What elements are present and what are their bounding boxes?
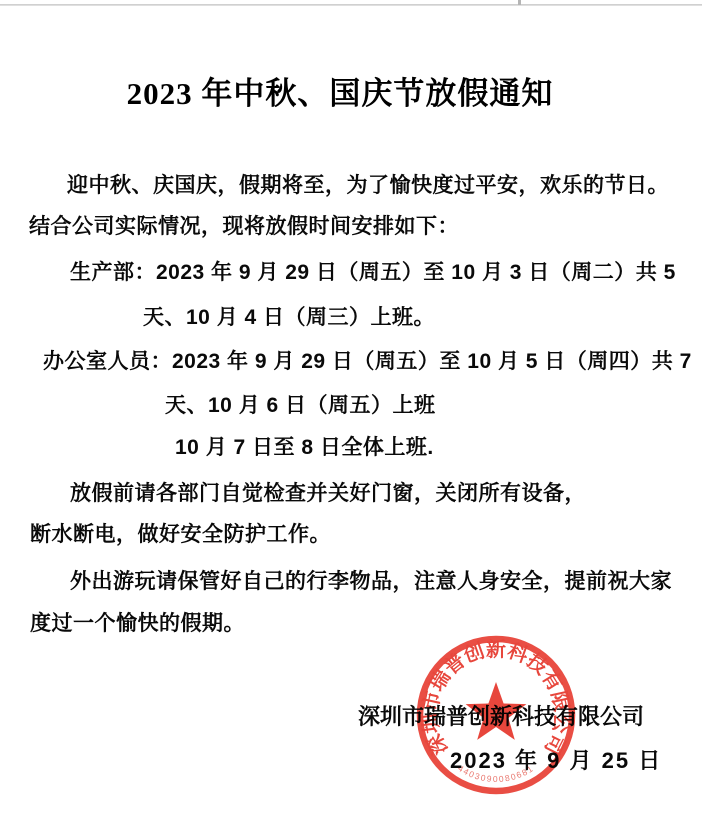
notice-line: 度过一个愉快的假期。 — [30, 607, 245, 637]
notice-line: 放假前请各部门自觉检查并关好门窗，关闭所有设备， — [70, 477, 586, 507]
page-top-border — [0, 4, 702, 6]
page-top-tick — [518, 0, 521, 5]
notice-line: 10 月 7 日至 8 日全体上班. — [175, 431, 434, 461]
notice-line: 生产部：2023 年 9 月 29 日（周五）至 10 月 3 日（周二）共 5 — [70, 256, 676, 286]
notice-line: 外出游玩请保管好自己的行李物品，注意人身安全，提前祝大家 — [70, 565, 672, 595]
seal-serial-number: 4403090080681 — [456, 763, 536, 784]
company-seal: 深圳市瑞普创新科技有限公司 4403090080681 — [411, 630, 581, 800]
notice-line: 办公室人员：2023 年 9 月 29 日（周五）至 10 月 5 日（周四）共… — [43, 345, 692, 375]
notice-line: 迎中秋、庆国庆，假期将至，为了愉快度过平安，欢乐的节日。 — [67, 169, 669, 199]
notice-line: 天、10 月 6 日（周五）上班 — [165, 389, 436, 419]
notice-line: 天、10 月 4 日（周三）上班。 — [143, 301, 435, 331]
notice-document: 2023 年中秋、国庆节放假通知 迎中秋、庆国庆，假期将至，为了愉快度过平安，欢… — [0, 0, 702, 815]
svg-text:4403090080681: 4403090080681 — [456, 763, 536, 784]
notice-title: 2023 年中秋、国庆节放假通知 — [0, 68, 680, 113]
notice-line: 断水断电，做好安全防护工作。 — [30, 518, 331, 548]
notice-line: 结合公司实际情况，现将放假时间安排如下： — [29, 210, 459, 240]
star-icon — [466, 682, 527, 740]
